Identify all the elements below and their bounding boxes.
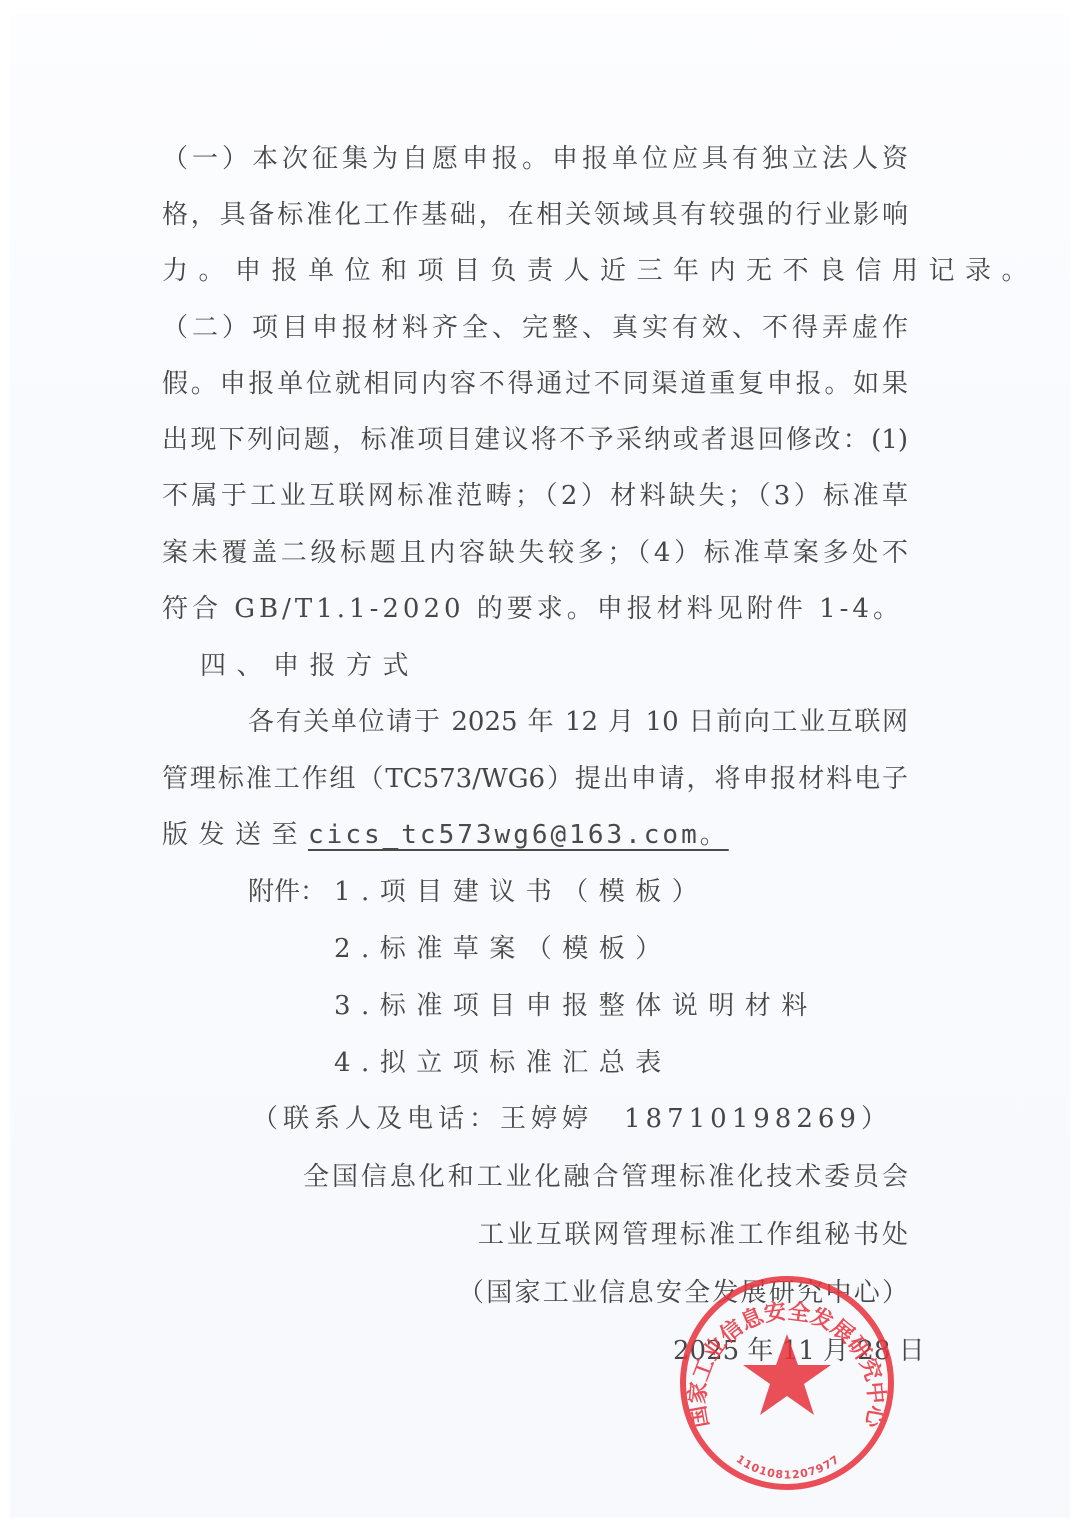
section-4-line-3: 版发送至cics_tc573wg6@163.com。	[162, 819, 729, 851]
item-2-line-4: 不属于工业互联网标准范畴；（2）材料缺失；（3）标准草	[162, 480, 908, 512]
item-2-line-1: （二）项目申报材料齐全、完整、真实有效、不得弄虚作	[162, 312, 908, 344]
section-4-line-1: 各有关单位请于 2025 年 12 月 10 日前向工业互联网	[248, 706, 908, 738]
signature-date: 2025 年 11 月 28 日	[673, 1335, 906, 1367]
attachment-4: 4.拟立项标准汇总表	[334, 1047, 672, 1079]
attachment-1: 1.项目建议书（模板）	[334, 876, 708, 908]
attachments-label: 附件：	[248, 876, 326, 908]
item-2-line-6: 符合 GB/T1.1-2020 的要求。申报材料见附件 1-4。	[162, 593, 903, 625]
signature-org-3: （国家工业信息安全发展研究中心）	[458, 1277, 908, 1309]
section-4-heading: 四、申报方式	[200, 650, 419, 682]
item-2-line-3: 出现下列问题，标准项目建议将不予采纳或者退回修改：(1)	[162, 424, 908, 456]
email-link[interactable]: cics_tc573wg6@163.com。	[308, 820, 729, 850]
item-2-line-5: 案未覆盖二级标题且内容缺失较多；（4）标准草案多处不	[162, 537, 908, 569]
signature-org-1: 全国信息化和工业化融合管理标准化技术委员会	[303, 1161, 908, 1193]
item-2-line-2: 假。申报单位就相同内容不得通过不同渠道重复申报。如果	[162, 368, 908, 400]
send-to-label: 版发送至	[162, 820, 308, 850]
contact-info: （联系人及电话：王婷婷 18710198269）	[252, 1103, 892, 1135]
signature-org-2: 工业互联网管理标准工作组秘书处	[478, 1219, 908, 1251]
item-1-line-1: （一）本次征集为自愿申报。申报单位应具有独立法人资	[162, 143, 908, 175]
section-4-line-2: 管理标准工作组（TC573/WG6）提出申请，将申报材料电子	[162, 763, 908, 795]
attachment-2: 2.标准草案（模板）	[334, 933, 672, 965]
item-1-line-3: 力。申报单位和项目负责人近三年内无不良信用记录。	[162, 255, 1038, 287]
attachment-3: 3.标准项目申报整体说明材料	[334, 990, 818, 1022]
item-1-line-2: 格，具备标准化工作基础，在相关领域具有较强的行业影响	[162, 199, 908, 231]
